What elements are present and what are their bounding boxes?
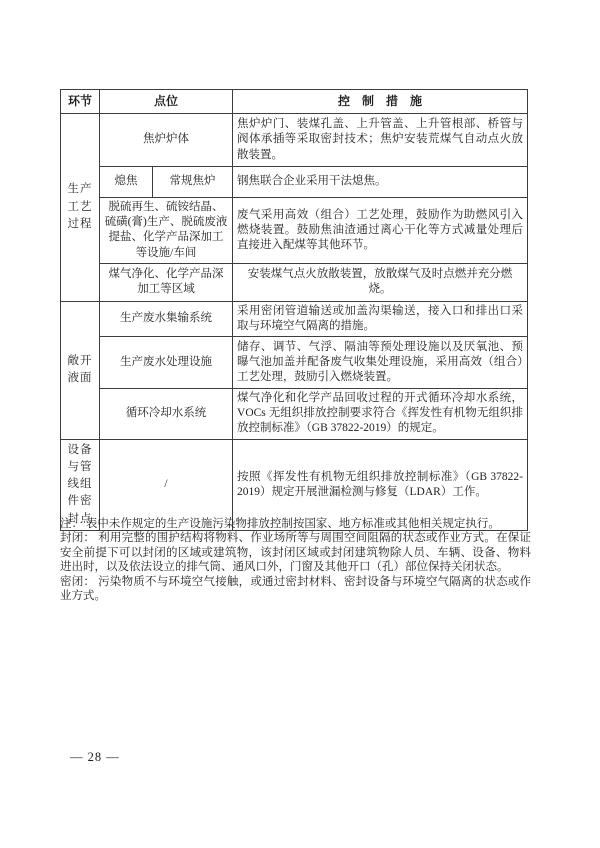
point-cell: 生产废水处理设施 [100, 337, 233, 389]
document-page: 环节 点位 控 制 措 施 生产工艺过程 焦炉炉体 焦炉炉门、装煤孔盖、上升管盖… [0, 0, 600, 848]
measure-cell: 采用密闭管道输送或加盖沟渠输送，接入口和排出口采取与环境空气隔离的措施。 [233, 301, 528, 336]
point-cell: 熄焦 [100, 167, 153, 198]
table-row: 脱硫再生、硫铵结晶、硫磺(膏)生产、脱硫废液提盐、化学产品深加工等设施/车间 废… [61, 198, 528, 264]
table-row: 生产废水处理设施 储存、调节、气浮、隔油等预处理设施以及厌氧池、预曝气池加盖并配… [61, 337, 528, 389]
stage-cell-open-liquid-surface: 敞开液面 [61, 301, 100, 439]
point-cell: 煤气净化、化学产品深加工等区域 [100, 263, 233, 301]
table-row: 循环冷却水系统 煤气净化和化学产品回收过程的开式循环冷却水系统，VOCs 无组织… [61, 389, 528, 440]
stage-label: 生产工艺过程 [66, 181, 93, 233]
point-cell: 脱硫再生、硫铵结晶、硫磺(膏)生产、脱硫废液提盐、化学产品深加工等设施/车间 [100, 198, 233, 264]
stage-label: 敞开液面 [66, 353, 93, 388]
sub-point-cell: 常规焦炉 [153, 167, 233, 198]
measure-cell: 钢焦联合企业采用干法熄焦。 [233, 167, 528, 198]
header-stage: 环节 [61, 90, 100, 114]
measure-cell: 安装煤气点火放散装置，放散煤气及时点燃并充分燃烧。 [233, 263, 528, 301]
point-cell: 循环冷却水系统 [100, 389, 233, 440]
stage-label: 设备与管线组件密封点 [66, 442, 93, 528]
table-row: 敞开液面 生产废水集输系统 采用密闭管道输送或加盖沟渠输送，接入口和排出口采取与… [61, 301, 528, 336]
measure-cell: 焦炉炉门、装煤孔盖、上升管盖、上升管根部、桥管与阀体承插等采取密封技术；焦炉安装… [233, 114, 528, 167]
note-fengbi-definition: 封闭： 利用完整的围护结构将物料、作业场所等与周围空间阻隔的状态或作业方式。在保… [60, 531, 531, 574]
note-general: 注： 表中未作规定的生产设施污染物排放控制按国家、地方标准或其他相关规定执行。 [60, 517, 531, 531]
header-measure: 控 制 措 施 [233, 90, 528, 114]
note-mibi-definition: 密闭： 污染物质不与环境空气接触，或通过密封材料、密封设备与环境空气隔离的状态或… [60, 575, 531, 604]
table-notes: 注： 表中未作规定的生产设施污染物排放控制按国家、地方标准或其他相关规定执行。 … [60, 517, 531, 603]
point-cell: 生产废水集输系统 [100, 301, 233, 336]
measure-cell: 煤气净化和化学产品回收过程的开式循环冷却水系统，VOCs 无组织排放控制要求符合… [233, 389, 528, 440]
table-row: 生产工艺过程 焦炉炉体 焦炉炉门、装煤孔盖、上升管盖、上升管根部、桥管与阀体承插… [61, 114, 528, 167]
table-row: 煤气净化、化学产品深加工等区域 安装煤气点火放散装置，放散煤气及时点燃并充分燃烧… [61, 263, 528, 301]
table-header-row: 环节 点位 控 制 措 施 [61, 90, 528, 114]
point-cell: 焦炉炉体 [100, 114, 233, 167]
measure-cell: 废气采用高效（组合）工艺处理，鼓励作为助燃风引入燃烧装置。鼓励焦油渣通过离心干化… [233, 198, 528, 264]
page-number: — 28 — [70, 750, 120, 765]
stage-cell-production-process: 生产工艺过程 [61, 114, 100, 302]
control-measures-table: 环节 点位 控 制 措 施 生产工艺过程 焦炉炉体 焦炉炉门、装煤孔盖、上升管盖… [60, 89, 528, 531]
header-point: 点位 [100, 90, 233, 114]
table-row: 熄焦 常规焦炉 钢焦联合企业采用干法熄焦。 [61, 167, 528, 198]
measure-cell: 储存、调节、气浮、隔油等预处理设施以及厌氧池、预曝气池加盖并配备废气收集处理设施… [233, 337, 528, 389]
